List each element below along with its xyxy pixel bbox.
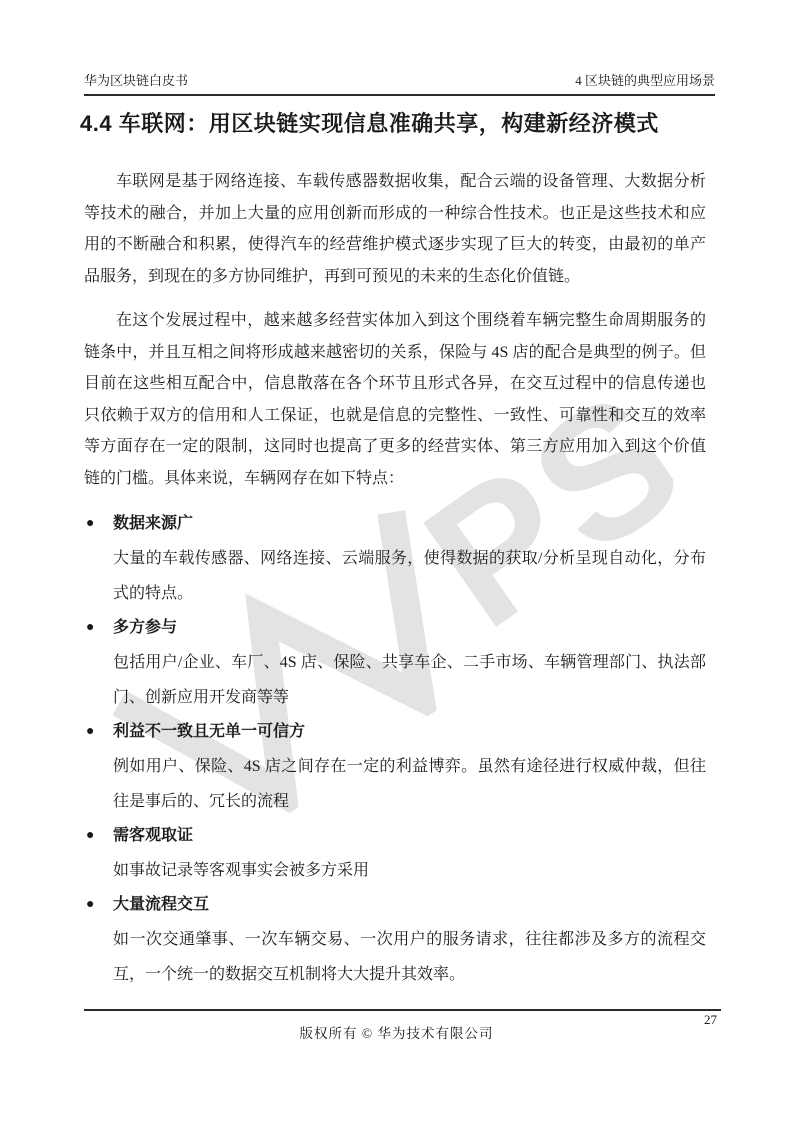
bullet-body: 如一次交通肇事、一次车辆交易、一次用户的服务请求，往往都涉及多方的流程交互，一个… <box>113 922 706 992</box>
list-item: ● 利益不一致且无单一可信方 例如用户、保险、4S 店之间存在一定的利益博弈。虽… <box>84 715 706 819</box>
paragraph-2: 在这个发展过程中，越来越多经营实体加入到这个围绕着车辆完整生命周期服务的链条中，… <box>84 305 706 494</box>
list-item: ● 需客观取证 如事故记录等客观事实会被多方采用 <box>84 819 706 888</box>
bullet-body: 大量的车载传感器、网络连接、云端服务，使得数据的获取/分析呈现自动化，分布式的特… <box>113 541 706 611</box>
page-content: 4.4 车联网：用区块链实现信息准确共享，构建新经济模式 车联网是基于网络连接、… <box>84 106 706 992</box>
bullet-heading: 数据来源广 <box>113 507 706 541</box>
section-title: 4.4 车联网：用区块链实现信息准确共享，构建新经济模式 <box>80 106 706 142</box>
bullet-icon: ● <box>84 888 113 992</box>
footer-rule <box>84 1009 721 1011</box>
feature-list: ● 数据来源广 大量的车载传感器、网络连接、云端服务，使得数据的获取/分析呈现自… <box>84 507 706 992</box>
header-right-section: 4 区块链的典型应用场景 <box>575 70 715 89</box>
bullet-heading: 需客观取证 <box>113 819 706 853</box>
bullet-heading: 利益不一致且无单一可信方 <box>113 715 706 749</box>
bullet-heading: 大量流程交互 <box>113 888 706 922</box>
bullet-body: 例如用户、保险、4S 店之间存在一定的利益博弈。虽然有途径进行权威仲裁，但往往是… <box>113 749 706 819</box>
paragraph-1: 车联网是基于网络连接、车载传感器数据收集，配合云端的设备管理、大数据分析等技术的… <box>84 166 706 292</box>
copyright-notice: 版权所有 © 华为技术有限公司 <box>0 1022 793 1042</box>
list-item: ● 多方参与 包括用户/企业、车厂、4S 店、保险、共享车企、二手市场、车辆管理… <box>84 611 706 715</box>
bullet-heading: 多方参与 <box>113 611 706 645</box>
bullet-body: 如事故记录等客观事实会被多方采用 <box>113 853 706 888</box>
bullet-icon: ● <box>84 715 113 819</box>
bullet-icon: ● <box>84 507 113 611</box>
bullet-body: 包括用户/企业、车厂、4S 店、保险、共享车企、二手市场、车辆管理部门、执法部门… <box>113 645 706 715</box>
bullet-icon: ● <box>84 611 113 715</box>
bullet-icon: ● <box>84 819 113 888</box>
document-page: PS 华为区块链白皮书 4 区块链的典型应用场景 4.4 车联网：用区块链实现信… <box>0 0 793 1122</box>
page-header: 华为区块链白皮书 4 区块链的典型应用场景 <box>84 70 715 96</box>
list-item: ● 数据来源广 大量的车载传感器、网络连接、云端服务，使得数据的获取/分析呈现自… <box>84 507 706 611</box>
header-left-title: 华为区块链白皮书 <box>84 70 188 89</box>
list-item: ● 大量流程交互 如一次交通肇事、一次车辆交易、一次用户的服务请求，往往都涉及多… <box>84 888 706 992</box>
